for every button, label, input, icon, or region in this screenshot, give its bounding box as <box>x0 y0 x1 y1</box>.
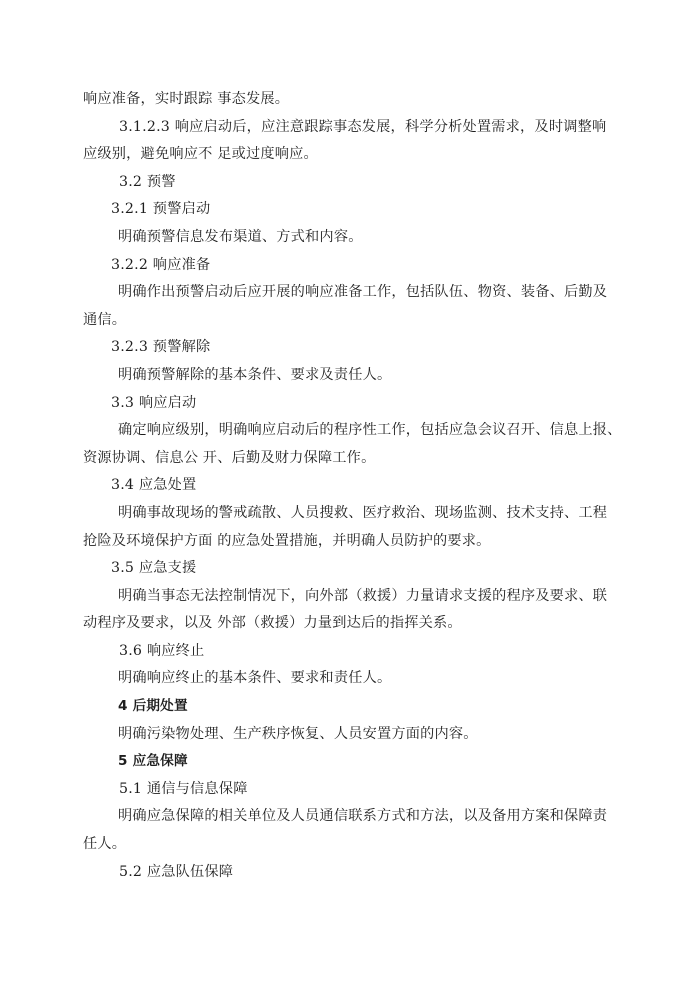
paragraph: 明确污染物处理、生产秩序恢复、人员安置方面的内容。 <box>83 721 593 749</box>
heading-3-3: 3.3 响应启动 <box>83 390 593 418</box>
paragraph: 明确预警信息发布渠道、方式和内容。 <box>83 224 593 252</box>
heading-3-4: 3.4 应急处置 <box>83 472 593 500</box>
paragraph-continuation: 资源协调、信息公 开、后勤及财力保障工作。 <box>83 445 593 473</box>
paragraph-continuation: 响应准备，实时跟踪 事态发展。 <box>83 86 593 114</box>
paragraph: 明确预警解除的基本条件、要求及责任人。 <box>83 362 593 390</box>
heading-3-2-1: 3.2.1 预警启动 <box>83 196 593 224</box>
heading-3-5: 3.5 应急支援 <box>83 555 593 583</box>
paragraph: 明确作出预警启动后应开展的响应准备工作，包括队伍、物资、装备、后勤及 <box>83 279 593 307</box>
paragraph-continuation: 抢险及环境保护方面 的应急处置措施，并明确人员防护的要求。 <box>83 528 593 556</box>
heading-5-2: 5.2 应急队伍保障 <box>83 859 593 887</box>
heading-3-2-2: 3.2.2 响应准备 <box>83 252 593 280</box>
paragraph: 明确应急保障的相关单位及人员通信联系方式和方法，以及备用方案和保障责 <box>83 803 593 831</box>
heading-5-1: 5.1 通信与信息保障 <box>83 776 593 804</box>
heading-3-6: 3.6 响应终止 <box>83 638 593 666</box>
paragraph: 明确当事态无法控制情况下，向外部（救援）力量请求支援的程序及要求、联 <box>83 583 593 611</box>
paragraph-continuation: 动程序及要求，以及 外部（救援）力量到达后的指挥关系。 <box>83 610 593 638</box>
paragraph-continuation: 任人。 <box>83 831 593 859</box>
heading-3-2: 3.2 预警 <box>83 169 593 197</box>
document-page: 响应准备，实时跟踪 事态发展。 3.1.2.3 响应启动后，应注意跟踪事态发展，… <box>83 86 593 886</box>
section-heading-4: 4 后期处置 <box>83 693 593 721</box>
paragraph-continuation: 应级别，避免响应不 足或过度响应。 <box>83 141 593 169</box>
paragraph: 确定响应级别，明确响应启动后的程序性工作，包括应急会议召开、信息上报、 <box>83 417 593 445</box>
heading-3-2-3: 3.2.3 预警解除 <box>83 334 593 362</box>
paragraph: 明确事故现场的警戒疏散、人员搜救、医疗救治、现场监测、技术支持、工程 <box>83 500 593 528</box>
section-heading-5: 5 应急保障 <box>83 748 593 776</box>
paragraph: 明确响应终止的基本条件、要求和责任人。 <box>83 665 593 693</box>
paragraph-continuation: 通信。 <box>83 307 593 335</box>
clause-3-1-2-3: 3.1.2.3 响应启动后，应注意跟踪事态发展，科学分析处置需求，及时调整响 <box>83 114 593 142</box>
